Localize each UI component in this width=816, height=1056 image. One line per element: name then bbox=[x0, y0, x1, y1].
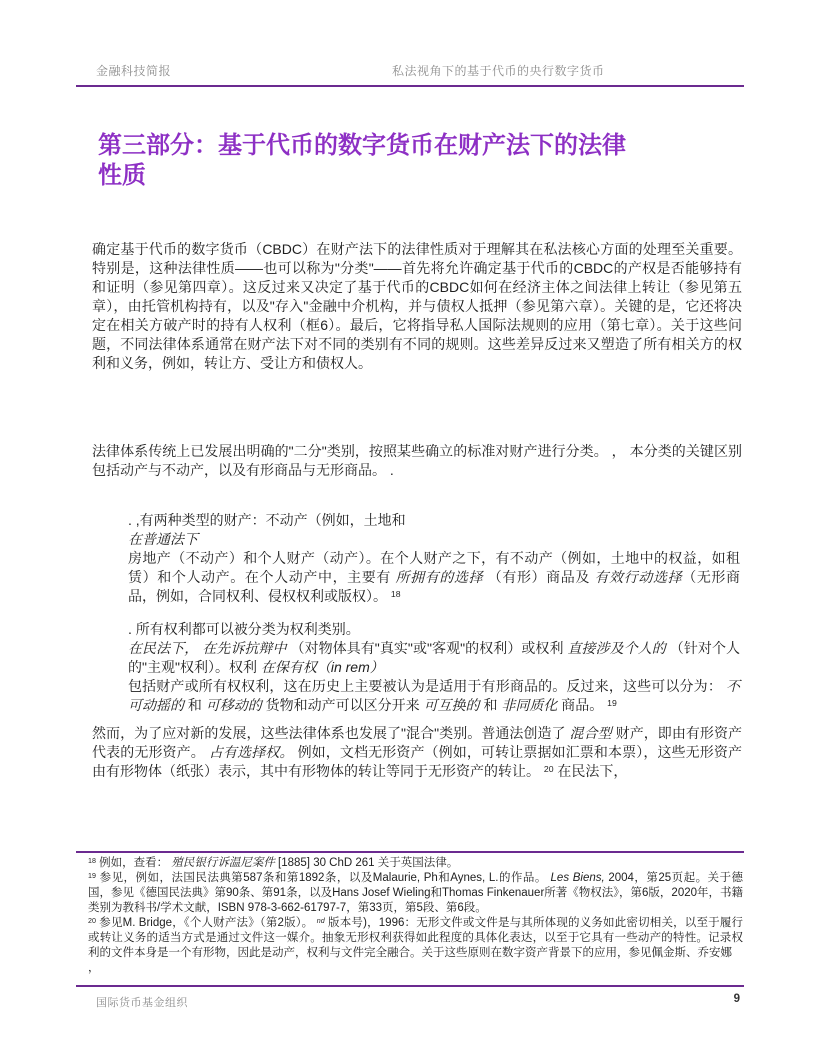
paragraph-civil-law-block: . 所有权利都可以被分类为权利类别。在民法下， 在先诉抗辩中 （对物体具有"真实… bbox=[128, 620, 740, 715]
document-page: 金融科技简报 私法视角下的基于代币的央行数字货币 第三部分：基于代币的数字货币在… bbox=[0, 0, 816, 1056]
header-document-series: 金融科技简报 bbox=[96, 62, 171, 79]
footnote-19: 19 参见，例如，法国民法典第587条和第1892条，以及Malaurie, P… bbox=[88, 871, 743, 916]
paragraph-common-law-block: . ,有两种类型的财产：不动产（例如，土地和在普通法下房地产（不动产）和个人财产… bbox=[128, 511, 740, 606]
footer-organization: 国际货币基金组织 bbox=[96, 994, 188, 1010]
footnotes-section: 18 例如，查看： 殖民银行诉温尼案件 [1885] 30 ChD 261 关于… bbox=[88, 856, 743, 976]
footnote-18: 18 例如，查看： 殖民银行诉温尼案件 [1885] 30 ChD 261 关于… bbox=[88, 856, 743, 871]
page-number: 9 bbox=[734, 993, 740, 1005]
footnote-20: 20 参见M. Bridge，《个人财产法》（第2版）。 nd 版本号)，199… bbox=[88, 916, 743, 976]
section-title: 第三部分：基于代币的数字货币在财产法下的法律性质 bbox=[98, 131, 638, 191]
header-rule bbox=[76, 85, 744, 87]
paragraph-classification: 法律体系传统上已发展出明确的"二分"类别，按照某些确立的标准对财产进行分类。 ，… bbox=[92, 442, 742, 480]
header-document-title: 私法视角下的基于代币的央行数字货币 bbox=[392, 62, 605, 79]
paragraph-intro: 确定基于代币的数字货币（CBDC）在财产法下的法律性质对于理解其在私法核心方面的… bbox=[92, 240, 742, 373]
footnote-separator-rule bbox=[76, 851, 744, 853]
footer-rule bbox=[76, 985, 744, 987]
paragraph-hybrid-categories: 然而，为了应对新的发展，这些法律体系也发展了"混合"类别。普通法创造了 混合型 … bbox=[92, 724, 742, 781]
